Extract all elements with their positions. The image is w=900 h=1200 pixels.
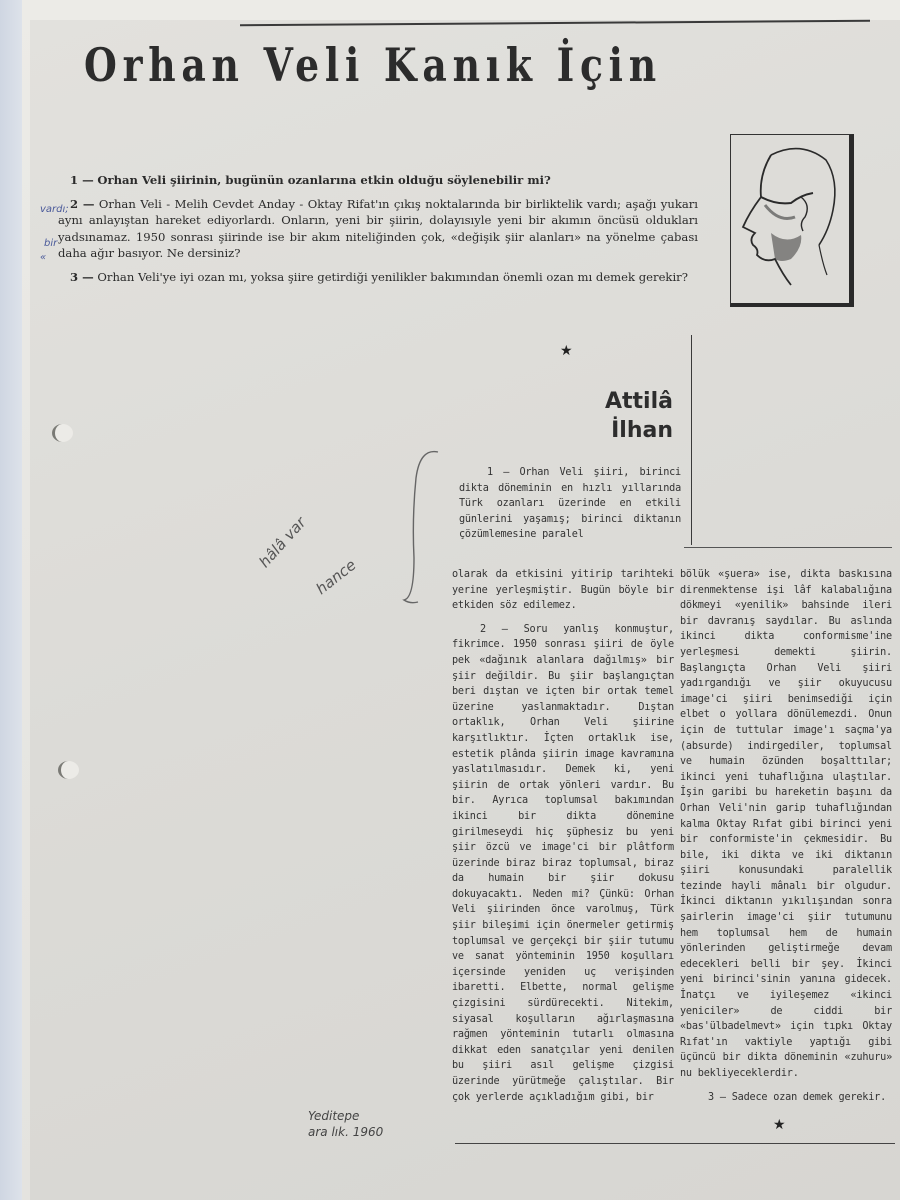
question-number: 1 —	[70, 173, 94, 187]
bottom-rule	[455, 1143, 895, 1144]
article-column-right: bölük «şuera» ise, dikta baskısına diren…	[680, 567, 892, 1105]
answer-2-continued: bölük «şuera» ise, dikta baskısına diren…	[680, 567, 892, 1082]
punch-hole	[58, 761, 79, 779]
questions-block: 1 — Orhan Veli şiirinin, bugünün ozanlar…	[58, 172, 698, 292]
question-2: 2 — Orhan Veli - Melih Cevdet Anday - Ok…	[58, 196, 698, 262]
article-column-left: olarak da etkisini yitirip tarihteki yer…	[452, 567, 674, 1105]
handwritten-margin-note: «	[40, 252, 46, 263]
handwritten-source: Yeditepe ara lık. 1960	[308, 1108, 383, 1140]
question-3: 3 — Orhan Veli'ye iyi ozan mı, yoksa şii…	[58, 269, 698, 286]
background-surface	[0, 0, 22, 1200]
question-text: Orhan Veli - Melih Cevdet Anday - Oktay …	[58, 197, 698, 261]
end-star-icon: ★	[773, 1117, 786, 1133]
article-intro: 1 — Orhan Veli şiiri, birinci dikta döne…	[459, 465, 681, 543]
column-divider	[684, 547, 892, 548]
source-publication: Yeditepe	[308, 1108, 383, 1124]
portrait-drawing-icon	[731, 135, 849, 303]
author-name: Attilâ İlhan	[605, 387, 673, 445]
answer-1-continued: olarak da etkisini yitirip tarihteki yer…	[452, 567, 674, 614]
question-text: Orhan Veli'ye iyi ozan mı, yoksa şiire g…	[97, 270, 688, 284]
question-number: 3 —	[70, 270, 94, 284]
source-date: ara lık. 1960	[308, 1124, 383, 1140]
handwritten-margin-note: vardı;	[40, 204, 69, 215]
handwritten-bracket-icon	[400, 448, 440, 608]
question-text: Orhan Veli şiirinin, bugünün ozanlarına …	[97, 173, 550, 187]
author-last-name: İlhan	[605, 416, 673, 445]
answer-2: 2 — Soru yanlış konmuştur, fikrimce. 195…	[452, 622, 674, 1105]
question-number: 2 —	[70, 197, 94, 211]
portrait-sketch	[730, 134, 854, 307]
question-1: 1 — Orhan Veli şiirinin, bugünün ozanlar…	[58, 172, 698, 189]
star-icon: ★	[560, 343, 573, 359]
handwritten-margin-note: bir	[44, 238, 57, 249]
page-title: Orhan Veli Kanık İçin	[84, 38, 707, 92]
answer-1-start: 1 — Orhan Veli şiiri, birinci dikta döne…	[459, 465, 681, 543]
author-first-name: Attilâ	[605, 387, 673, 416]
punch-hole	[52, 424, 73, 442]
answer-3: 3 — Sadece ozan demek gerekir.	[680, 1090, 892, 1106]
